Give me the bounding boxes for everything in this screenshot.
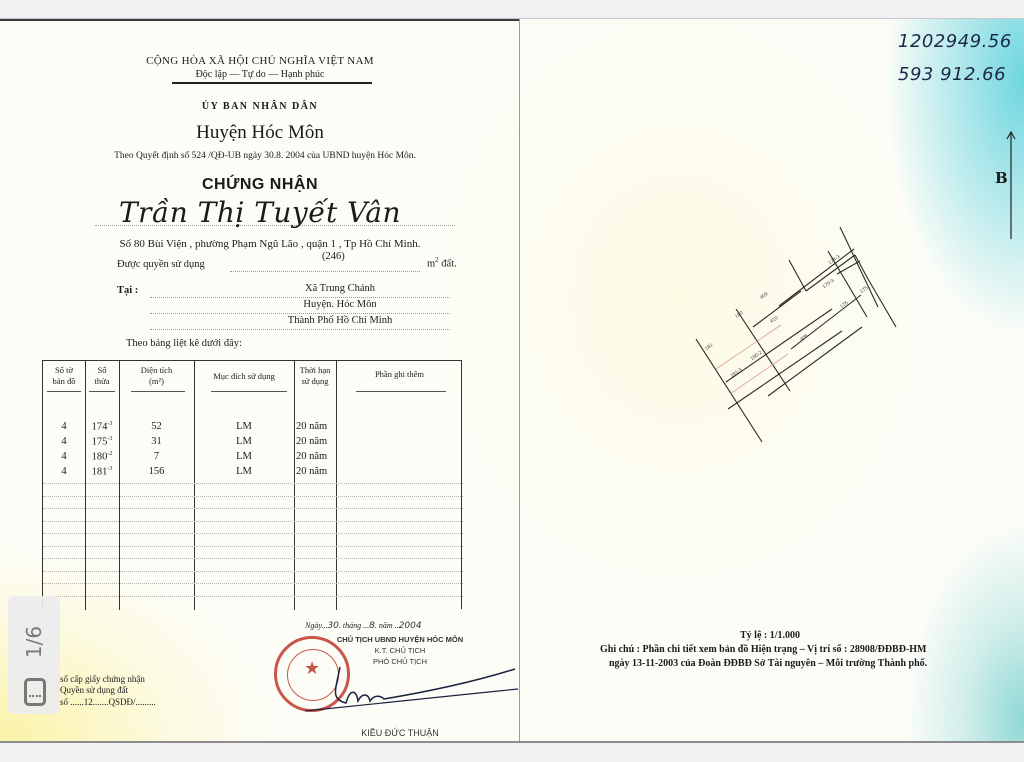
cell-purpose: LM [194, 451, 294, 462]
viewer-bottom-bar [0, 741, 1024, 762]
committee-label: ỦY BAN NHÂN DÂN [130, 101, 390, 112]
header-notes: Phần ghi thêm [336, 369, 463, 380]
blank-table-row [43, 571, 463, 572]
left-page: CỘNG HÒA XÃ HỘI CHỦ NGHĨA VIỆT NAM Độc l… [0, 19, 519, 741]
location-label: Tại : [117, 285, 138, 296]
table-row: 4174-352LM20 năm [43, 421, 463, 436]
table-row: 4180-27LM20 năm [43, 451, 463, 466]
blank-table-row [43, 596, 463, 597]
signer-name: KIỀU ĐỨC THUẬN [330, 728, 470, 738]
national-motto: Độc lập — Tự do — Hạnh phúc [130, 69, 390, 80]
certificate-scan: CỘNG HÒA XÃ HỘI CHỦ NGHĨA VIỆT NAM Độc l… [0, 19, 1024, 741]
location-dotted-line-3 [150, 329, 450, 330]
cell-term: 20 năm [294, 466, 336, 477]
motto-underline [172, 82, 372, 84]
signer-role-kt: K.T. CHỦ TỊCH [330, 646, 470, 655]
cell-area: 31 [119, 436, 194, 447]
cell-map-sheet: 4 [43, 436, 85, 447]
header-term: Thời hạnsử dụng [294, 365, 336, 387]
viewer-top-bar [0, 0, 1024, 19]
cell-area: 156 [119, 466, 194, 477]
area-label: Được quyền sử dụng [117, 259, 205, 270]
cell-parcel: 174-3 [85, 421, 119, 433]
device-page-icon [24, 678, 46, 706]
republic-header: CỘNG HÒA XÃ HỘI CHỦ NGHĨA VIỆT NAM [130, 55, 390, 67]
header-purpose: Mục đích sử dụng [194, 371, 294, 382]
cell-parcel: 180-2 [85, 451, 119, 463]
cell-map-sheet: 4 [43, 451, 85, 462]
parcel-table: Số tờbản đồ Sốthửa Diện tích(m²) Mục đíc… [42, 360, 462, 609]
signature-scribble [300, 659, 520, 719]
map-note-line-2: ngày 13-11-2003 của Đoàn ĐĐBĐ Sở Tài ngu… [609, 658, 927, 669]
blank-table-row [43, 483, 463, 484]
map-scale: Tỷ lệ : 1/1.000 [700, 630, 840, 641]
cell-parcel: 175-3 [85, 436, 119, 448]
owner-address: Số 80 Bùi Viện , phường Phạm Ngũ Lão , q… [60, 238, 480, 250]
area-dotted-line [230, 271, 420, 272]
cell-map-sheet: 4 [43, 421, 85, 432]
registration-line-3: số ......12.......QSDĐ/......... [60, 697, 156, 707]
location-city: Thành Phố Hồ Chí Minh [230, 315, 450, 326]
blank-table-row [43, 508, 463, 509]
decision-reference: Theo Quyết định số 524 /QĐ-UB ngày 30.8.… [70, 151, 460, 161]
cell-area: 7 [119, 451, 194, 462]
signer-org-title: CHỦ TỊCH UBND HUYỆN HÓC MÔN [330, 635, 470, 644]
cell-parcel: 181-3 [85, 466, 119, 478]
blank-table-row [43, 546, 463, 547]
table-row: 4175-331LM20 năm [43, 436, 463, 451]
cell-term: 20 năm [294, 421, 336, 432]
page-counter-overlay[interactable]: 1/6 [8, 596, 60, 714]
cell-term: 20 năm [294, 436, 336, 447]
signing-date: Ngày...30. tháng ...8. năm ..2004 [305, 621, 422, 631]
cell-map-sheet: 4 [43, 466, 85, 477]
cell-purpose: LM [194, 421, 294, 432]
registration-line-2: Quyền sử dụng đất [60, 685, 128, 695]
map-note-line-1: Ghi chú : Phần chi tiết xem bản đồ Hiện … [600, 644, 926, 655]
area-value: (246) [322, 251, 345, 262]
registration-line-1: số cấp giấy chứng nhận [60, 674, 145, 684]
owner-name: Trần Thị Tuyết Vân [100, 196, 420, 229]
location-dotted-line-1 [150, 297, 450, 298]
blank-table-row [43, 583, 463, 584]
page-counter-text: 1/6 [4, 620, 64, 664]
handwritten-coordinate-y: 593 912.66 [898, 64, 1006, 85]
header-parcel: Sốthửa [85, 365, 119, 387]
blank-table-row [43, 533, 463, 534]
header-map-sheet: Số tờbản đồ [43, 365, 85, 387]
cell-purpose: LM [194, 466, 294, 477]
blank-table-row [43, 521, 463, 522]
cell-area: 52 [119, 421, 194, 432]
cell-term: 20 năm [294, 451, 336, 462]
area-unit: m2 đất. [427, 256, 457, 270]
certificate-title: CHỨNG NHẬN [130, 176, 390, 194]
handwritten-coordinate-x: 1202949.56 [898, 31, 1012, 52]
north-label: B [995, 169, 1008, 187]
location-commune: Xã Trung Chánh [230, 283, 450, 294]
list-intro: Theo bảng liệt kê dưới đây: [126, 338, 242, 349]
district-name: Huyện Hóc Môn [130, 122, 390, 144]
document-viewer: CỘNG HÒA XÃ HỘI CHỦ NGHĨA VIỆT NAM Độc l… [0, 0, 1024, 762]
parcel-map [670, 209, 910, 469]
blank-table-row [43, 496, 463, 497]
location-district: Huyện. Hóc Môn [230, 299, 450, 310]
location-dotted-line-2 [150, 313, 450, 314]
header-area: Diện tích(m²) [119, 365, 194, 387]
blank-table-row [43, 558, 463, 559]
cell-purpose: LM [194, 436, 294, 447]
table-row: 4181-3156LM20 năm [43, 466, 463, 481]
